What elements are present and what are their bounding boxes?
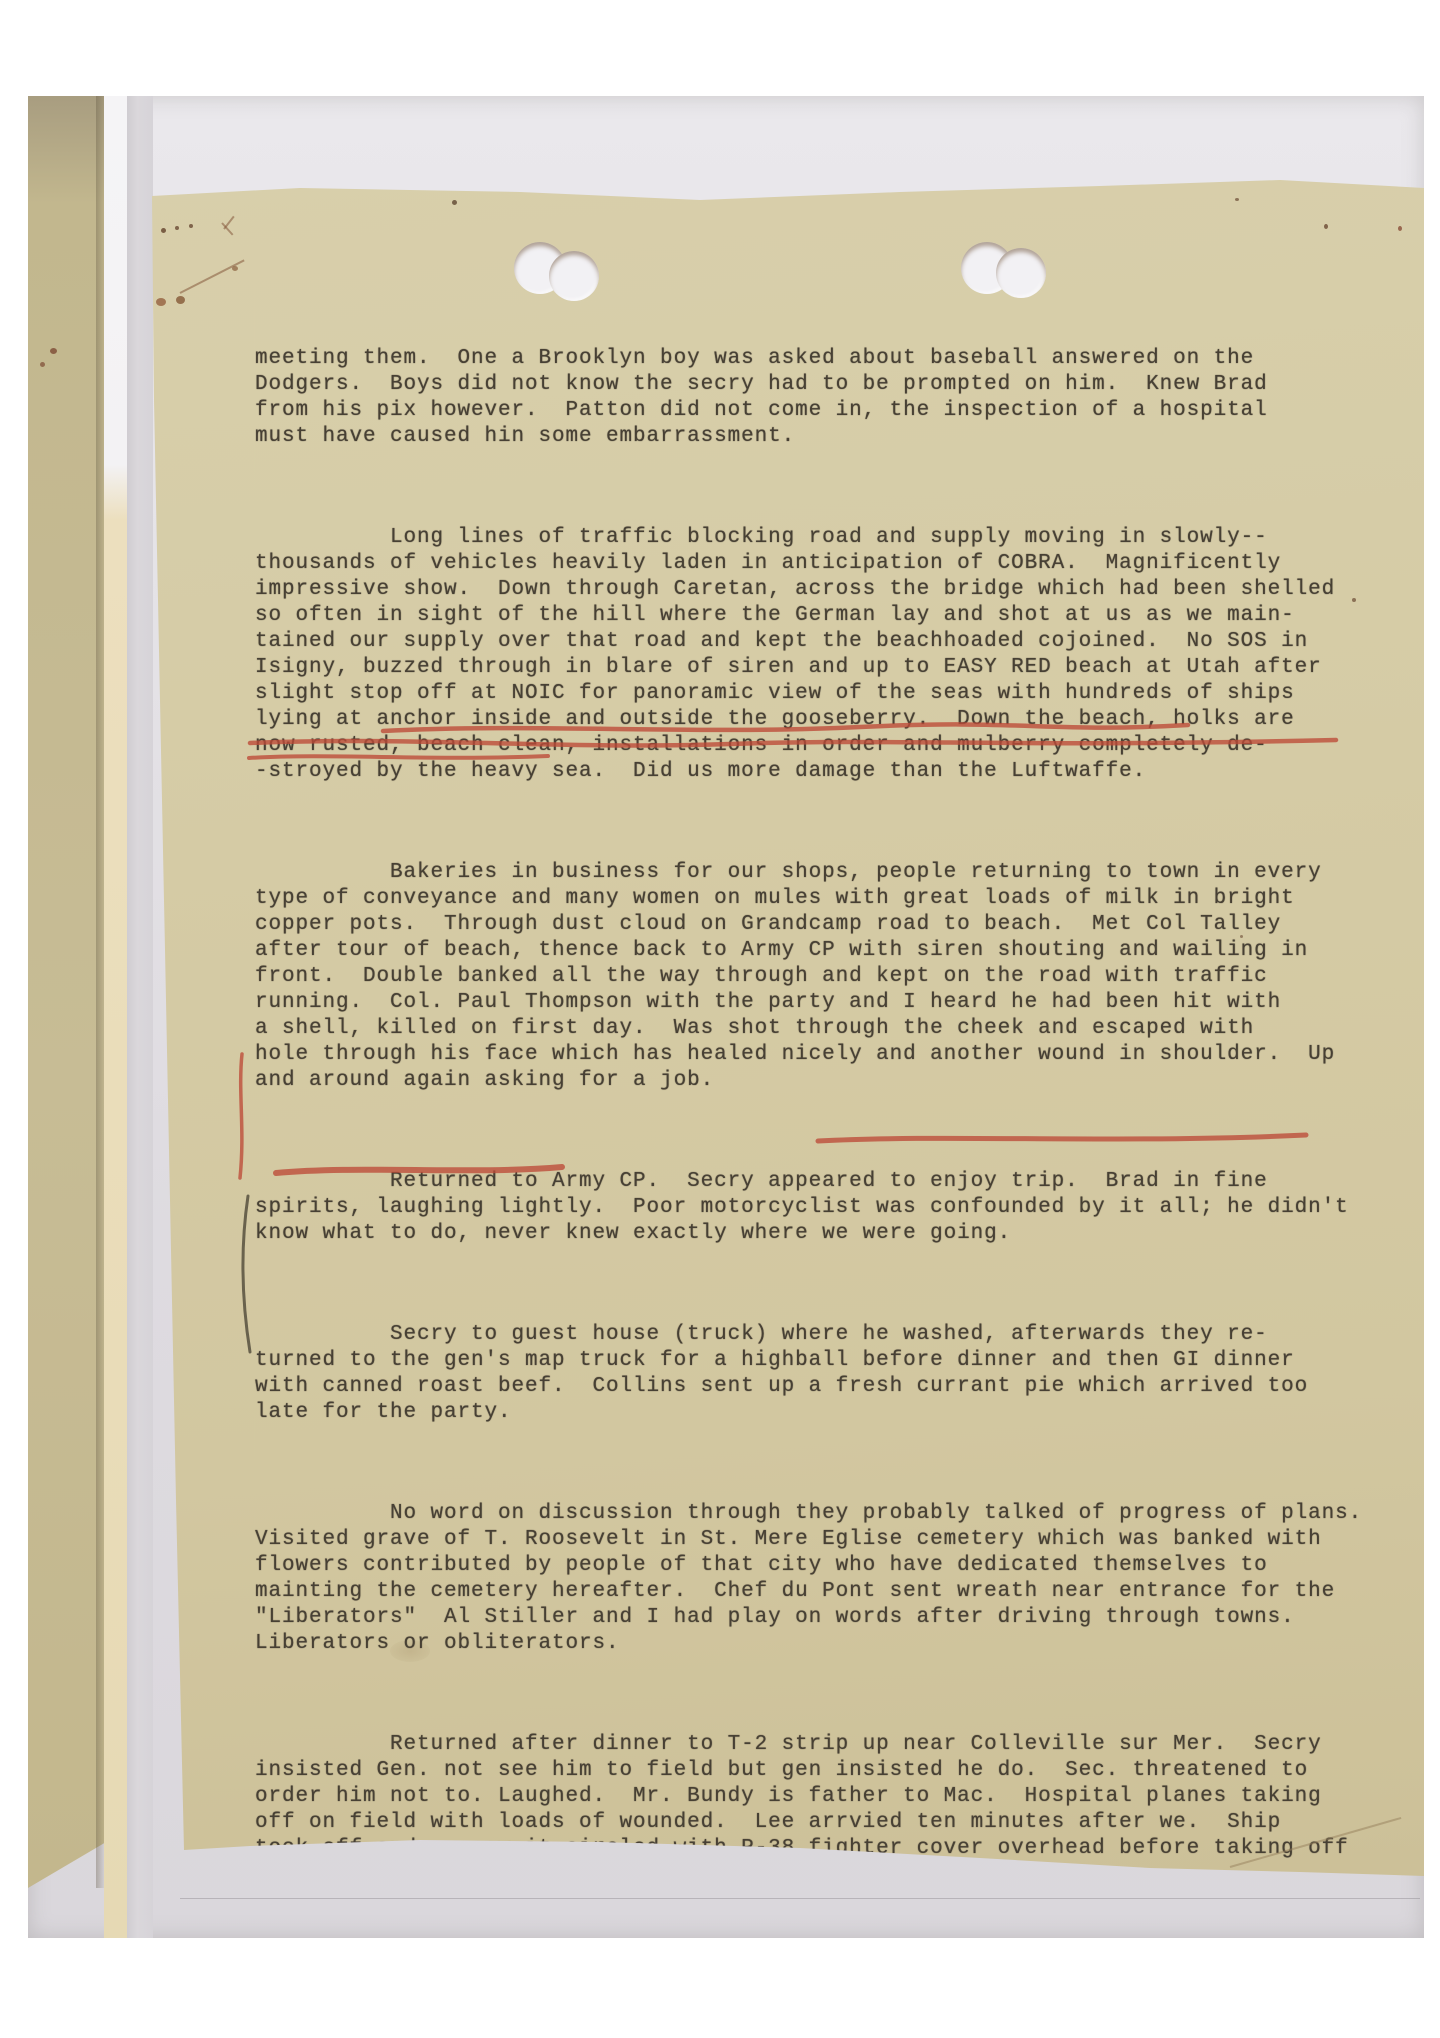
stain-speck (232, 266, 238, 271)
stain-speck (40, 362, 45, 367)
paragraph: Returned to Army CP. Secry appeared to e… (255, 1169, 1362, 1247)
stain-speck (452, 200, 457, 205)
paragraph: Long lines of traffic blocking road and … (255, 525, 1362, 785)
paper-sliver (104, 96, 127, 1938)
stain-speck (1398, 226, 1402, 231)
scratch-mark (223, 216, 234, 230)
stain-speck (1235, 198, 1239, 201)
stain-speck (156, 298, 166, 306)
stain-speck (176, 296, 185, 304)
stain-speck (1324, 224, 1328, 229)
gap-shadow-sliver (127, 96, 153, 1938)
scanned-document-photo: meeting them. One a Brooklyn boy was ask… (0, 0, 1440, 2038)
stain-speck (175, 226, 179, 230)
backdrop-seam (180, 1898, 1420, 1899)
stain-speck (50, 348, 57, 354)
document-page: meeting them. One a Brooklyn boy was ask… (140, 170, 1440, 1882)
paragraph: Bakeries in business for our shops, peop… (255, 860, 1362, 1094)
paragraph: No word on discussion through they proba… (255, 1501, 1362, 1657)
typewritten-text: meeting them. One a Brooklyn boy was ask… (255, 294, 1362, 1963)
stain-speck (189, 224, 193, 228)
paragraph: meeting them. One a Brooklyn boy was ask… (255, 346, 1362, 450)
stain-speck (161, 228, 166, 233)
scratch-mark (180, 259, 245, 293)
punch-hole (996, 248, 1046, 298)
punch-hole (549, 251, 599, 301)
paragraph: Secry to guest house (truck) where he wa… (255, 1322, 1362, 1426)
